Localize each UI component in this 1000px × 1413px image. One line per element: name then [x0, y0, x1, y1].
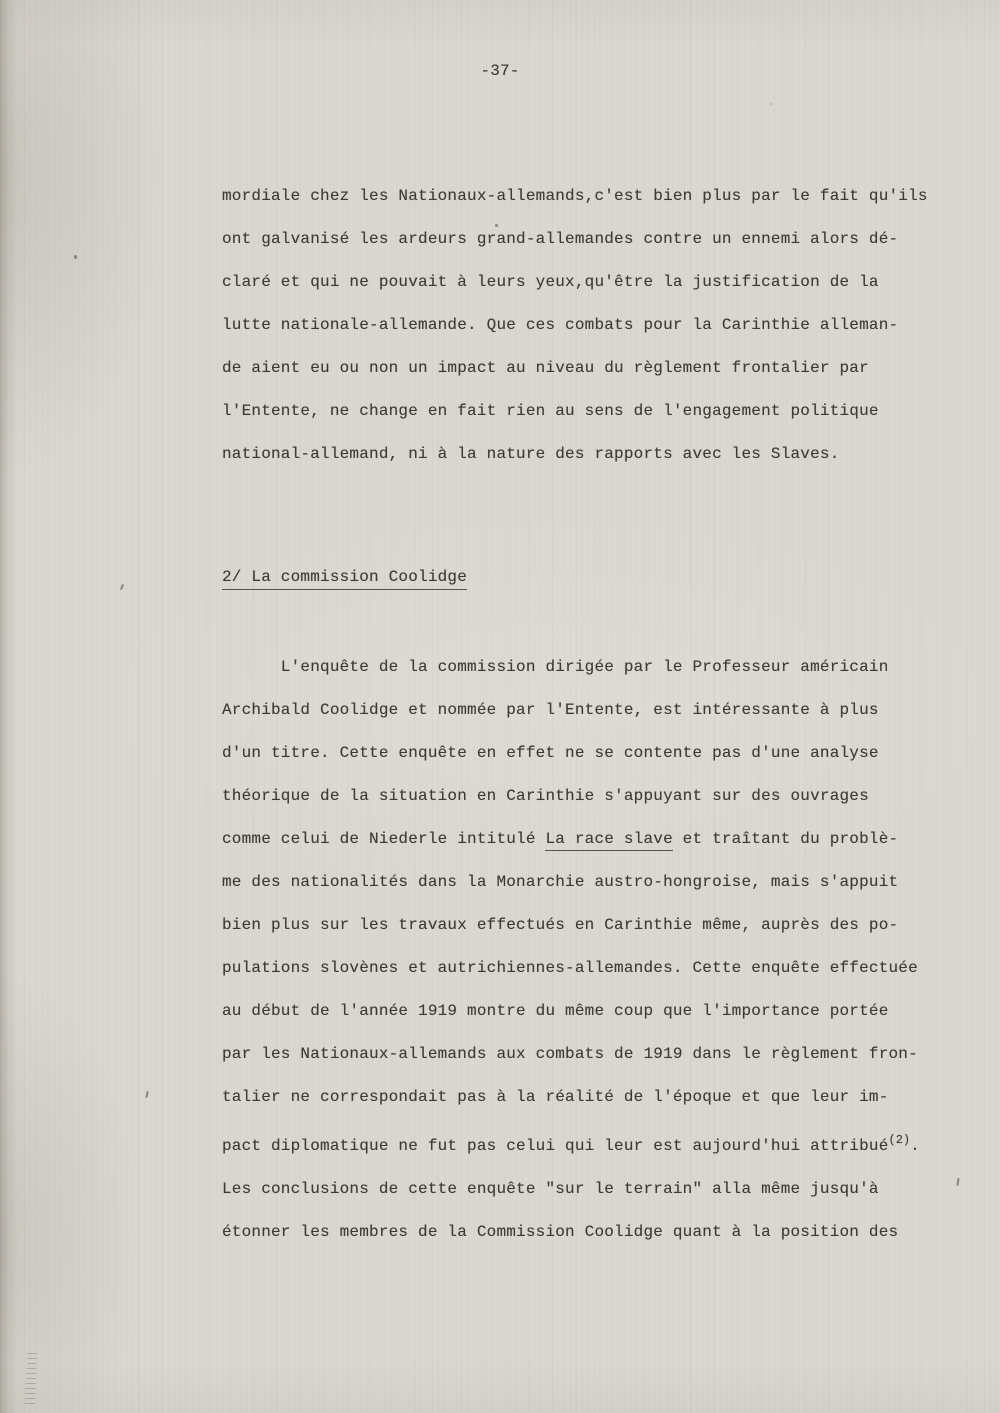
text-line: d'un titre. Cette enquête en effet ne se… — [222, 732, 962, 775]
text-line: de aient eu ou non un impact au niveau d… — [222, 347, 962, 390]
ink-speck — [145, 1091, 148, 1098]
text-line: théorique de la situation en Carinthie s… — [222, 775, 962, 818]
book-title-underlined: La race slave — [545, 830, 672, 851]
text-line: Les conclusions de cette enquête "sur le… — [222, 1168, 962, 1211]
section-heading-text: 2/ La commission Coolidge — [222, 568, 467, 590]
text-line: Archibald Coolidge et nommée par l'Enten… — [222, 689, 962, 732]
text-line: pulations slovènes et autrichiennes-alle… — [222, 947, 962, 990]
text-line-with-footnote: pact diplomatique ne fut pas celui qui l… — [222, 1119, 962, 1168]
text-line: l'Entente, ne change en fait rien au sen… — [222, 390, 962, 433]
text-line: lutte nationale-allemande. Que ces comba… — [222, 304, 962, 347]
ink-speck — [120, 584, 124, 590]
text-line: me des nationalités dans la Monarchie au… — [222, 861, 962, 904]
scan-scratch-mark — [25, 1353, 38, 1405]
text-line-with-book-title: comme celui de Niederle intitulé La race… — [222, 818, 962, 861]
ink-speck — [74, 255, 77, 259]
text-line: talier ne correspondait pas à la réalité… — [222, 1076, 962, 1119]
text-segment: pact diplomatique ne fut pas celui qui l… — [222, 1137, 889, 1155]
text-line: par les Nationaux-allemands aux combats … — [222, 1033, 962, 1076]
footnote-reference: (2) — [889, 1133, 911, 1147]
text-line: bien plus sur les travaux effectués en C… — [222, 904, 962, 947]
document-page: -37- mordiale chez les Nationaux-alleman… — [0, 0, 1000, 1413]
text-line: mordiale chez les Nationaux-allemands,c'… — [222, 175, 962, 218]
text-line: au début de l'année 1919 montre du même … — [222, 990, 962, 1033]
text-segment: . — [910, 1137, 920, 1155]
text-segment: comme celui de Niederle intitulé — [222, 830, 545, 848]
ink-speck — [770, 103, 772, 105]
text-line: national-allemand, ni à la nature des ra… — [222, 433, 962, 476]
ink-speck — [495, 224, 498, 227]
text-line: claré et qui ne pouvait à leurs yeux,qu'… — [222, 261, 962, 304]
text-segment: et traîtant du problè- — [673, 830, 898, 848]
text-line: étonner les membres de la Commission Coo… — [222, 1211, 962, 1254]
text-line: ont galvanisé les ardeurs grand-allemand… — [222, 218, 962, 261]
section-heading: 2/ La commission Coolidge — [222, 568, 467, 590]
paragraph-1: mordiale chez les Nationaux-allemands,c'… — [222, 175, 962, 476]
text-line: L'enquête de la commission dirigée par l… — [222, 646, 962, 689]
paragraph-2: L'enquête de la commission dirigée par l… — [222, 646, 962, 1254]
scan-edge-shadow — [0, 0, 18, 1413]
page-number: -37- — [0, 62, 1000, 80]
